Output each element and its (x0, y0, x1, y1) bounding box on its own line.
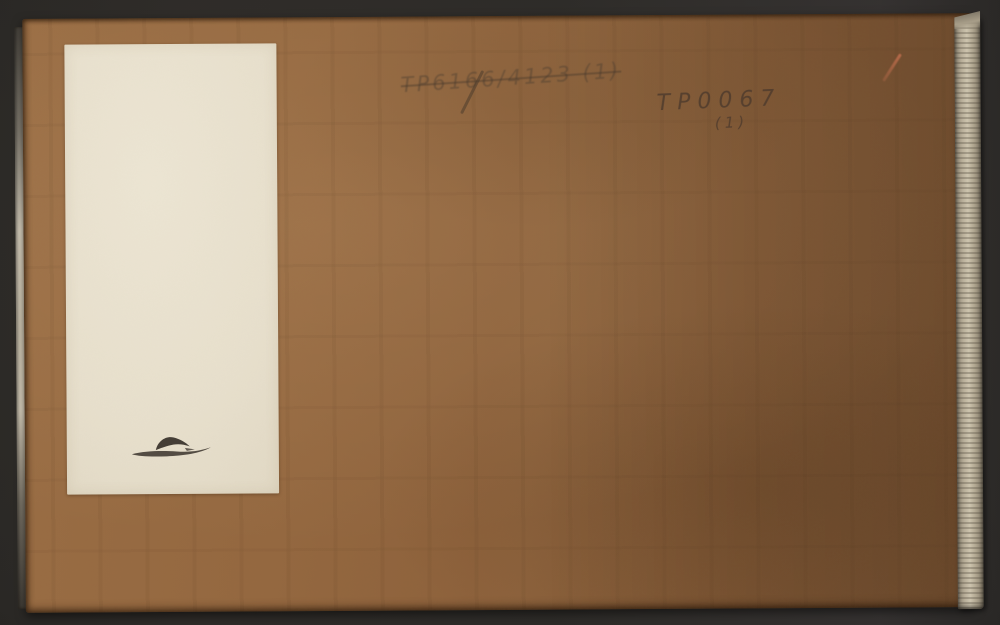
book: TP6166/4123 (1) TP0067 (1) (12, 9, 984, 617)
paper-label (64, 43, 279, 494)
bird-ink-mark (129, 426, 215, 463)
catalog-number: TP0067 (656, 86, 782, 116)
fore-edge-pages (954, 17, 984, 609)
red-pencil-mark (882, 53, 902, 82)
crossed-out-shelfmark: TP6166/4123 (1) (400, 59, 622, 98)
photo-background: TP6166/4123 (1) TP0067 (1) (0, 0, 1000, 625)
front-cover-leather: TP6166/4123 (1) TP0067 (1) (22, 13, 976, 613)
volume-number: (1) (714, 113, 748, 132)
